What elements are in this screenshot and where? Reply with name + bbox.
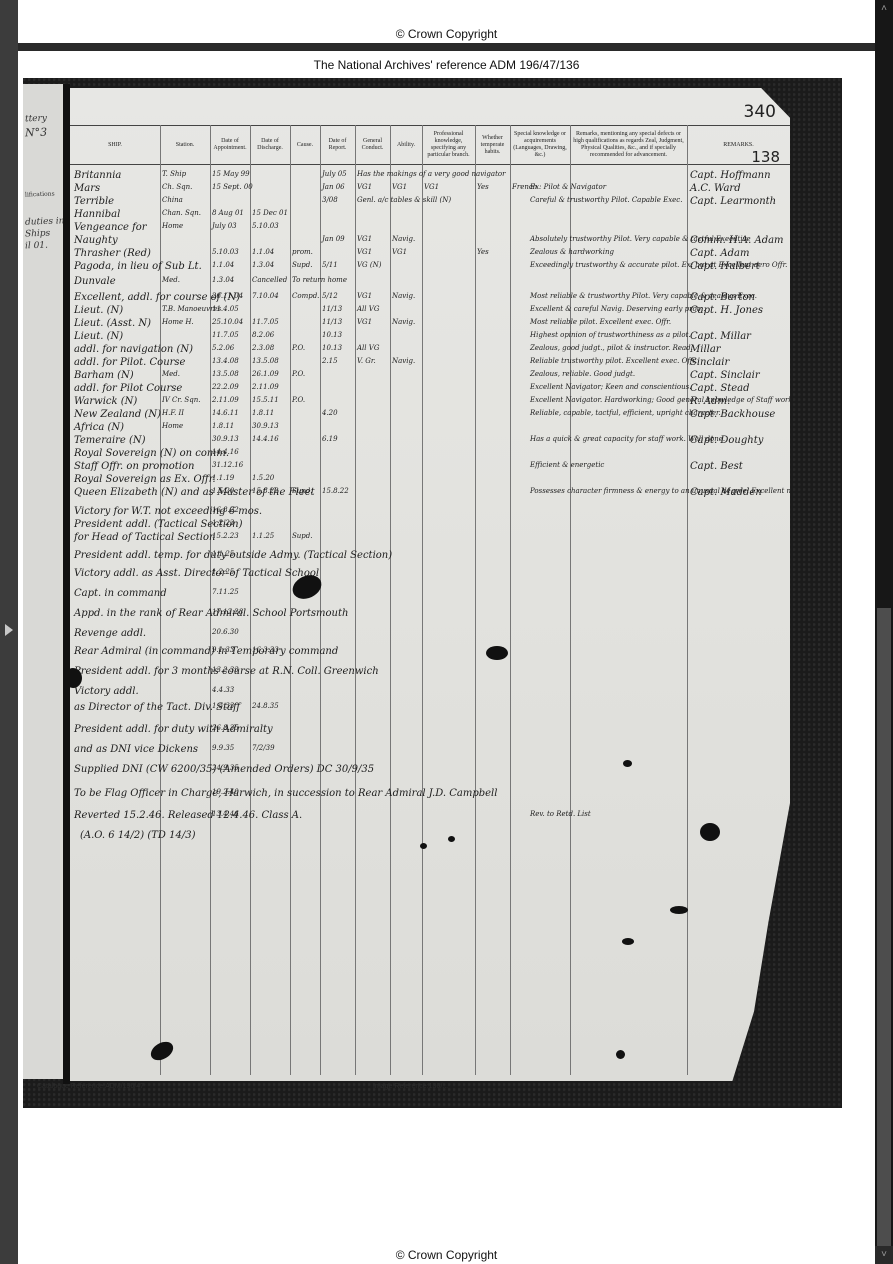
entry-discharged: 2.3.08: [252, 344, 274, 352]
entry-station: IV Cr. Sqn.: [162, 396, 200, 404]
entry-ship: Capt. in command: [74, 588, 167, 599]
entry-assessment: Most reliable pilot. Excellent exec. Off…: [530, 318, 671, 326]
entry-discharged: 14.4.16: [252, 435, 279, 443]
entry-discharged: 1.1.04: [252, 248, 274, 256]
column-header: Ability.: [391, 128, 421, 162]
entry-ship: Revenge addl.: [74, 628, 146, 639]
facing-page-note: ttery: [25, 114, 47, 125]
service-record-page: 340 138 SHIP.Station.Date of Appointment…: [70, 88, 790, 1081]
entry-ship: addl. for Pilot Course: [74, 383, 182, 394]
left-panel-rail: [0, 0, 18, 1264]
entry-cause: P.O.: [292, 396, 305, 404]
entry-ship: To be Flag Officer in Charge, Harwich, i…: [74, 788, 497, 799]
entry-report: 10.13: [322, 344, 342, 352]
entry-remarks: Capt. Madden: [690, 487, 762, 498]
entry-ship: Africa (N): [74, 422, 124, 433]
entry-appointed: 20.6.30: [212, 628, 239, 636]
entry-ship: Hannibal: [74, 209, 120, 220]
entry-ship: New Zealand (N): [74, 409, 161, 420]
entry-assessment: Reliable trustworthy pilot. Excellent ex…: [530, 357, 697, 365]
header-rule: [70, 125, 790, 126]
entry-temperate: Yes: [477, 183, 489, 191]
entry-station: Med.: [162, 276, 180, 284]
entry-report: 5/11: [322, 261, 338, 269]
entry-appointed: 1.1.25: [212, 550, 234, 558]
entry-cause: Supd.: [292, 532, 313, 540]
entry-discharged: 1.8.11: [252, 409, 274, 417]
entry-discharged: 1.3.04: [252, 261, 274, 269]
entry-remarks: Capt. Millar: [690, 331, 751, 342]
facing-page-edge: ttery N°3 lifications duties in Ships il…: [23, 84, 63, 1079]
column-header: Date of Report.: [321, 128, 354, 162]
entry-conduct: V. Gr.: [357, 357, 376, 365]
entry-report: 4.20: [322, 409, 338, 417]
entry-ship: Thrasher (Red): [74, 248, 151, 259]
entry-ship: Terrible: [74, 196, 114, 207]
entry-appointed: 8 Aug 01: [212, 209, 244, 217]
entry-report: 6.19: [322, 435, 338, 443]
entry-assessment: Zealous & hardworking: [530, 248, 614, 256]
entry-remarks: Capt. Learmonth: [690, 196, 776, 207]
entry-discharged: 5.10.03: [252, 222, 279, 230]
expand-panel-arrow-icon[interactable]: [5, 624, 13, 636]
entry-appointed: 1.2.25: [212, 568, 234, 576]
entry-assessment: Ex: Pilot & Navigator: [530, 183, 606, 191]
entry-discharged: 15.5.11: [252, 396, 279, 404]
page-divider: [18, 43, 875, 51]
entry-station: Home: [162, 222, 183, 230]
entry-appointed: 9.1.33: [212, 646, 234, 654]
entry-ship: addl. for Pilot. Course: [74, 357, 185, 368]
entry-station: China: [162, 196, 183, 204]
entry-discharged: 1.1.25: [252, 532, 274, 540]
entry-appointed: 1.3.04: [212, 276, 234, 284]
entry-ship: Vengeance for: [74, 222, 147, 233]
entry-remarks: A.C. Ward: [690, 183, 741, 194]
scroll-up-arrow-icon[interactable]: ˄: [875, 0, 893, 18]
entry-assessment: Careful & trustworthy Pilot. Capable Exe…: [530, 196, 682, 204]
entry-station: Ch. Sqn.: [162, 183, 192, 191]
entry-ship: Pagoda, in lieu of Sub Lt.: [74, 261, 202, 272]
entry-assessment: Excellent Navigator; Keen and conscienti…: [530, 383, 691, 391]
column-header: Professional knowledge, specifying any p…: [423, 128, 474, 162]
entry-remarks: Capt. Hoffmann: [690, 170, 771, 181]
entry-ability: VG1: [392, 183, 407, 191]
entry-appointed: 15 May 99: [212, 170, 250, 178]
entry-report: Jan 06: [322, 183, 345, 191]
entry-ability: Navig.: [392, 235, 415, 243]
column-header: Station.: [161, 128, 209, 162]
entry-appointed: 24.9.35: [212, 764, 239, 772]
entry-appointed: 26.11.04: [212, 292, 243, 300]
entry-appointed: 7.11.25: [212, 588, 239, 596]
entry-appointed: 26.8.35: [212, 724, 239, 732]
entry-assessment: Zealous, good judgt., pilot & instructor…: [530, 344, 693, 352]
entry-appointed: 14.4.16: [212, 448, 239, 456]
entry-remarks: Capt. Barton: [690, 292, 755, 303]
entry-cause: Supd.: [292, 487, 313, 495]
entry-knowledge: VG1: [424, 183, 439, 191]
entry-cause: P.O.: [292, 370, 305, 378]
entry-report: 2.15: [322, 357, 338, 365]
entry-appointed: 30.9.13: [212, 435, 239, 443]
entry-cause: To return home: [292, 276, 347, 284]
entry-remarks: Capt. Sinclair: [690, 370, 760, 381]
entry-remarks: Sinclair: [690, 357, 729, 368]
entry-conduct: VG1: [357, 235, 372, 243]
entry-ship: Temeraire (N): [74, 435, 146, 446]
ink-blot: [616, 1050, 625, 1059]
copyright-notice-top: © Crown Copyright: [18, 27, 875, 41]
entry-station: T. Ship: [162, 170, 186, 178]
entry-appointed: 11.4.05: [212, 305, 239, 313]
entry-discharged: 11.7.05: [252, 318, 279, 326]
column-rule: [250, 125, 251, 1075]
entry-discharged: Cancelled: [252, 276, 287, 284]
entry-discharged: 26.1.09: [252, 370, 279, 378]
entry-ship: President addl. for duty with Admiralty: [74, 724, 273, 735]
column-header: REMARKS.: [688, 128, 789, 162]
facing-page-note: N°3: [25, 126, 48, 140]
entry-remarks: Capt. H. Jones: [690, 305, 763, 316]
facing-page-note: duties in: [25, 216, 65, 227]
entry-ship: Barham (N): [74, 370, 134, 381]
entry-discharged: 15.8.22: [252, 487, 279, 495]
entry-appointed: 1.1.04: [212, 261, 234, 269]
header-rule: [70, 164, 790, 165]
entry-appointed: 1.8.11: [212, 422, 234, 430]
scrollbar-thumb[interactable]: [877, 608, 891, 1246]
footnote: (A.O. 6 14/2) (TD 14/3): [80, 830, 195, 841]
entry-assessment: Highest opinion of trustworthiness as a …: [530, 331, 691, 339]
entry-cause: Compd.: [292, 292, 319, 300]
column-rule: [390, 125, 391, 1075]
entry-appointed: 1.2.23: [212, 519, 234, 527]
entry-appointed: 19.2.40: [212, 788, 239, 796]
entry-appointed: 22.2.09: [212, 383, 239, 391]
entry-discharged: 16.3.33: [252, 646, 279, 654]
entry-cause: Supd.: [292, 261, 313, 269]
entry-appointed: 14.6.11: [212, 409, 239, 417]
entry-ability: Navig.: [392, 357, 415, 365]
entry-cause: prom.: [292, 248, 313, 256]
entry-discharged: 7.10.04: [252, 292, 279, 300]
entry-conduct: Genl. a/c tables & skill (N): [357, 196, 451, 204]
entry-ship: Staff Offr. on promotion: [74, 461, 194, 472]
book-spine: [63, 84, 70, 1084]
entry-discharged: 24.8.35: [252, 702, 279, 710]
entry-report: 3/08: [322, 196, 338, 204]
facing-page-note: Ships: [25, 229, 51, 240]
entry-ship: and as DNI vice Dickens: [74, 744, 198, 755]
entry-discharged: 2.11.09: [252, 383, 279, 391]
entry-discharged: 1.5.20: [252, 474, 274, 482]
entry-assessment: Rev. to Retd. List: [530, 810, 591, 818]
entry-appointed: 9.9.35: [212, 744, 234, 752]
facing-page-note: lifications: [25, 190, 55, 198]
vertical-scrollbar[interactable]: ˄ ˅: [875, 0, 893, 1264]
entry-assessment: Zealous, reliable. Good judgt.: [530, 370, 635, 378]
entry-cause: P.O.: [292, 344, 305, 352]
entry-ship: Britannia: [74, 170, 121, 181]
entry-appointed: 31.12.16: [212, 461, 243, 469]
page-number: 340: [744, 102, 776, 122]
column-rule: [510, 125, 511, 1075]
entry-conduct: All VG: [357, 344, 379, 352]
column-rule: [475, 125, 476, 1075]
entry-ability: Navig.: [392, 292, 415, 300]
entry-remarks: Capt. Doughty: [690, 435, 763, 446]
column-rule: [422, 125, 423, 1075]
entry-appointed: 5.2.06: [212, 344, 234, 352]
column-rule: [355, 125, 356, 1075]
entry-station: Home H.: [162, 318, 194, 326]
entry-report: 11/13: [322, 318, 342, 326]
entry-assessment: Excellent Navigator. Hardworking; Good g…: [530, 396, 795, 404]
entry-appointed: 11.7.05: [212, 331, 239, 339]
entry-remarks: R. Adm.: [690, 396, 730, 407]
column-header: General Conduct.: [356, 128, 389, 162]
ink-blot: [700, 823, 720, 841]
ink-blot: [420, 843, 427, 849]
entry-ability: Navig.: [392, 318, 415, 326]
entry-report: 11/13: [322, 305, 342, 313]
image-watermark: Image Reference:136/...: [373, 1083, 448, 1090]
entry-appointed: 4.4.33: [212, 686, 234, 694]
entry-ship: Rear Admiral (in command) in Temporary c…: [74, 646, 338, 657]
entry-appointed: 1.5.33: [212, 702, 234, 710]
entry-remarks: Millar: [690, 344, 721, 355]
entry-discharged: 30.9.13: [252, 422, 279, 430]
entry-conduct: VG (N): [357, 261, 381, 269]
entry-conduct: VG1: [357, 292, 372, 300]
ink-blot: [670, 906, 688, 914]
entry-station: Chan. Sqn.: [162, 209, 201, 217]
entry-report: 10.13: [322, 331, 342, 339]
entry-discharged: 13.5.08: [252, 357, 279, 365]
entry-report: 5/12: [322, 292, 338, 300]
column-header: SHIP.: [71, 128, 159, 162]
entry-remarks: Capt. Hulbert: [690, 261, 760, 272]
entry-ship: Reverted 15.2.46. Released 12.4.46. Clas…: [74, 810, 302, 821]
entry-appointed: 13.4.46: [212, 810, 239, 818]
entry-remarks: Capt. Best: [690, 461, 743, 472]
entry-appointed: 13.2.33: [212, 666, 239, 674]
ink-blot: [622, 938, 634, 945]
entry-discharged: 15 Dec 01: [252, 209, 288, 217]
column-header: Special knowledge or acquirements (Langu…: [511, 128, 569, 162]
copyright-notice-bottom: © Crown Copyright: [18, 1248, 875, 1262]
ink-blot: [486, 646, 508, 660]
ink-blot: [148, 1038, 177, 1064]
column-rule: [210, 125, 211, 1075]
entry-remarks: Comm. H.A. Adam: [690, 235, 784, 246]
ink-blot: [623, 760, 632, 767]
ink-blot: [448, 836, 455, 842]
entry-appointed: 15 Sept. 00: [212, 183, 253, 191]
entry-assessment: Possesses character firmness & energy to…: [530, 487, 842, 495]
entry-ship: Lieut. (N): [74, 331, 123, 342]
entry-ship: Lieut. (N): [74, 305, 123, 316]
facing-page-note: il 01.: [25, 241, 48, 252]
entry-appointed: 15.2.23: [212, 532, 239, 540]
entry-appointed: July 03: [212, 222, 237, 230]
column-rule: [290, 125, 291, 1075]
entry-conduct: All VG: [357, 305, 379, 313]
entry-appointed: 13.4.08: [212, 357, 239, 365]
column-header: Cause.: [291, 128, 319, 162]
viewer-content: © Crown Copyright The National Archives'…: [18, 0, 875, 1264]
entry-appointed: 5.10.03: [212, 248, 239, 256]
column-rule: [320, 125, 321, 1075]
column-header: Whether temperate habits.: [476, 128, 509, 162]
entry-report: 15.8.22: [322, 487, 349, 495]
entry-report: July 05: [322, 170, 347, 178]
entry-ship: Dunvale: [74, 276, 116, 287]
entry-report: Jan 09: [322, 235, 345, 243]
entry-remarks: Capt. Stead: [690, 383, 750, 394]
entry-appointed: 17.12.28: [212, 608, 243, 616]
entry-ship: Victory addl.: [74, 686, 139, 697]
entry-conduct: VG1: [357, 318, 372, 326]
entry-ship: Lieut. (Asst. N): [74, 318, 151, 329]
entry-conduct: VG1: [357, 183, 372, 191]
entry-remarks: Capt. Backhouse: [690, 409, 775, 420]
entry-station: H.F. II: [162, 409, 184, 417]
entry-station: Med.: [162, 370, 180, 378]
scroll-down-arrow-icon[interactable]: ˅: [875, 1246, 893, 1264]
entry-ship: Warwick (N): [74, 396, 137, 407]
entry-assessment: Efficient & energetic: [530, 461, 604, 469]
entry-remarks: Capt. Adam: [690, 248, 749, 259]
entry-appointed: 13.5.08: [212, 370, 239, 378]
entry-ship: for Head of Tactical Section: [74, 532, 215, 543]
entry-discharged: 7/2/39: [252, 744, 275, 752]
entry-discharged: 8.2.06: [252, 331, 274, 339]
entry-ability: VG1: [392, 248, 407, 256]
archive-reference: The National Archives' reference ADM 196…: [18, 58, 875, 72]
entry-ship: Naughty: [74, 235, 118, 246]
document-scan-image: ttery N°3 lifications duties in Ships il…: [23, 78, 842, 1108]
column-header: Date of Appointment.: [211, 128, 249, 162]
entry-ship: Mars: [74, 183, 100, 194]
entry-assessment: Excellent & careful Navig. Deserving ear…: [530, 305, 706, 313]
column-header: Date of Discharge.: [251, 128, 289, 162]
column-header: Remarks, mentioning any special defects …: [571, 128, 686, 162]
entry-conduct: Has the makings of a very good navigator: [357, 170, 505, 178]
entry-temperate: Yes: [477, 248, 489, 256]
entry-ship: Victory addl. as Asst. Director of Tacti…: [74, 568, 319, 579]
entry-ship: Royal Sovereign as Ex. Offr.: [74, 474, 216, 485]
entry-appointed: 2.11.09: [212, 396, 239, 404]
entry-appointed: 1.5.20: [212, 487, 234, 495]
entry-conduct: VG1: [357, 248, 372, 256]
catalogue-watermark: Catalogue Reference:ADM/196/47: [37, 1083, 144, 1090]
entry-ship: Royal Sovereign (N) on comm.: [74, 448, 229, 459]
entry-appointed: 16.8.22: [212, 506, 239, 514]
entry-appointed: 25.10.04: [212, 318, 243, 326]
entry-ship: addl. for navigation (N): [74, 344, 193, 355]
entry-station: Home: [162, 422, 183, 430]
entry-appointed: 1.1.19: [212, 474, 234, 482]
